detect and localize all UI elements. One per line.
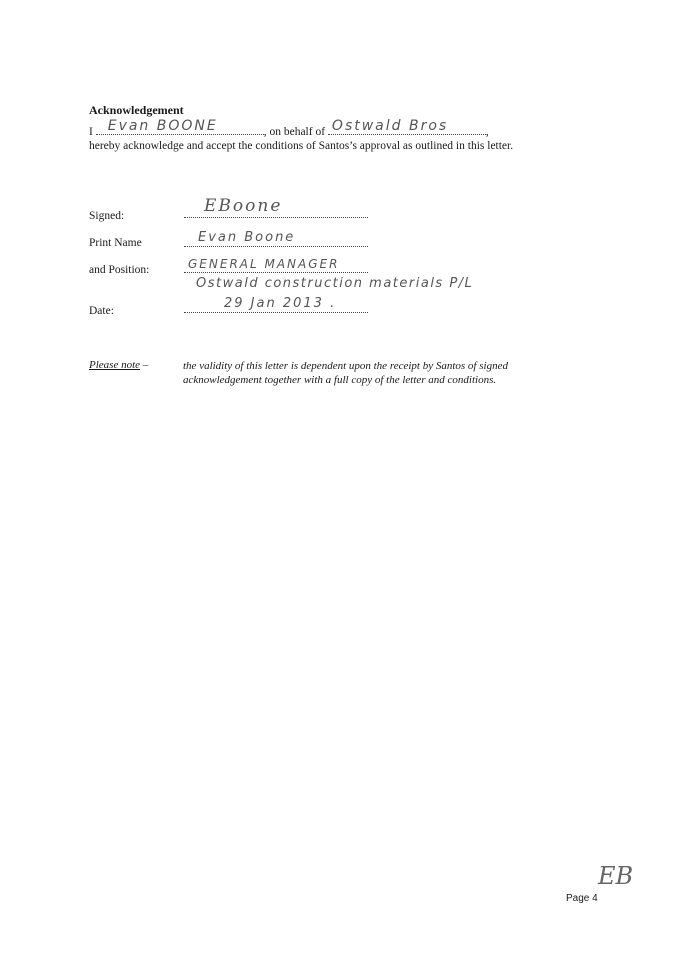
- print-name-field[interactable]: Evan Boone: [184, 232, 368, 247]
- signed-label: Signed:: [89, 210, 124, 222]
- handwritten-name: Evan BOONE: [108, 118, 218, 134]
- position-label: and Position:: [89, 264, 149, 276]
- please-note-label: Please note –: [89, 359, 148, 371]
- signature: EBoone: [204, 196, 282, 216]
- handwritten-position-line2: Ostwald construction materials P/L: [196, 276, 473, 291]
- note-text: the validity of this letter is dependent…: [183, 359, 543, 387]
- acknowledgement-statement: hereby acknowledge and accept the condit…: [89, 140, 513, 152]
- date-field[interactable]: 29 Jan 2013 .: [184, 298, 368, 313]
- handwritten-date: 29 Jan 2013 .: [224, 296, 336, 311]
- acknowledgement-line: I Evan BOONE , on behalf of Ostwald Bros…: [89, 124, 489, 138]
- note-dash: –: [140, 359, 148, 371]
- on-behalf-label: , on behalf of: [264, 126, 325, 138]
- position-field[interactable]: GENERAL MANAGER: [184, 258, 368, 273]
- date-label: Date:: [89, 305, 114, 317]
- handwritten-initials: EB: [598, 862, 633, 890]
- handwritten-company: Ostwald Bros: [332, 118, 448, 134]
- prefix-text: I: [89, 126, 93, 138]
- handwritten-position: GENERAL MANAGER: [188, 257, 339, 271]
- signed-field[interactable]: EBoone: [184, 203, 368, 218]
- trailing-comma: ,: [486, 126, 489, 138]
- acknowledgement-heading: Acknowledgement: [89, 103, 184, 118]
- company-field[interactable]: Ostwald Bros: [328, 124, 486, 135]
- handwritten-print-name: Evan Boone: [198, 230, 295, 245]
- please-note-text: Please note: [89, 359, 140, 371]
- print-name-label: Print Name: [89, 237, 142, 249]
- page-number: Page 4: [566, 893, 598, 904]
- name-field[interactable]: Evan BOONE: [96, 124, 264, 135]
